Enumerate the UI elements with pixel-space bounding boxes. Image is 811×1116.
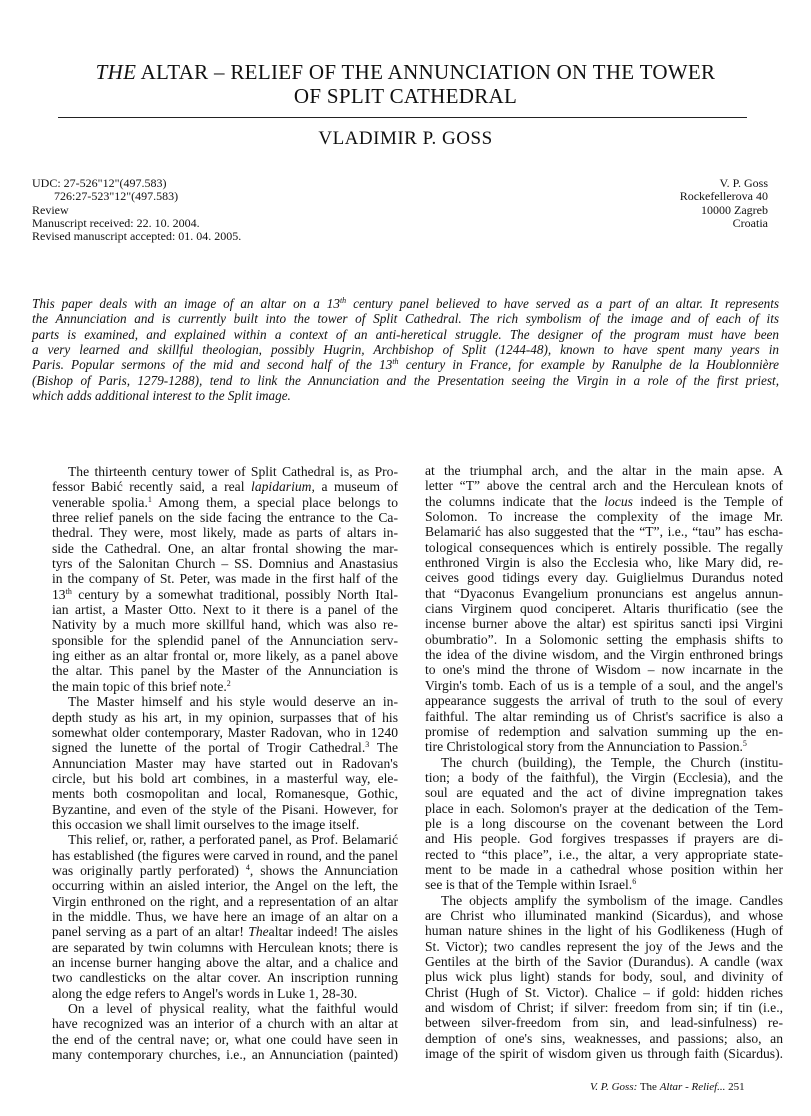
footnote-ref-6: 6 bbox=[632, 877, 636, 886]
title-italic-the: THE bbox=[96, 60, 137, 84]
body-line: faithful. The altar reminding us of Chri… bbox=[425, 709, 783, 724]
body-line: image of the spirit of wisdom given us t… bbox=[425, 1046, 783, 1061]
body-line: plus wick plus light) stands for body, s… bbox=[425, 969, 783, 984]
body-line: The church (building), the Temple, the C… bbox=[425, 755, 783, 770]
body-line: Annunciation Master may have started out… bbox=[52, 756, 398, 771]
body-line: Christ (Hugh of St. Victor). Chalice – i… bbox=[425, 985, 783, 1000]
body-line: side the Cathedral. One, an altar fronta… bbox=[52, 541, 398, 556]
body-line: ceives good tidings every day. Guiglielm… bbox=[425, 570, 783, 585]
body-line: ment to be made in a cathedral whose pos… bbox=[425, 862, 783, 877]
body-line: see is that of the Temple within Israel.… bbox=[425, 877, 783, 892]
body-line: The thirteenth century tower of Split Ca… bbox=[52, 464, 398, 479]
body-line: ing either as an altar frontal or, more … bbox=[52, 648, 398, 663]
body-line: On a level of physical reality, what the… bbox=[52, 1001, 398, 1016]
body-line: ian artist, a Master Otto. Next to it th… bbox=[52, 602, 398, 617]
body-line: to one's mind the throne of Wisdom – now… bbox=[425, 662, 783, 677]
body-line: tological consequences which is entirely… bbox=[425, 540, 783, 555]
body-line: This relief, or, rather, a perforated pa… bbox=[52, 832, 398, 847]
body-line: panel serving as a part of an altar! The… bbox=[52, 924, 398, 939]
body-line: this occasion we shall limit ourselves t… bbox=[52, 817, 398, 832]
abstract: This paper deals with an image of an alt… bbox=[32, 296, 779, 403]
body-line: depth study as his art, in my opinion, s… bbox=[52, 710, 398, 725]
body-line: thedral. They were, most likely, made as… bbox=[52, 525, 398, 540]
abstract-line: (Bishop of Paris, 1279-1288), tend to li… bbox=[32, 373, 779, 388]
article-type: Review bbox=[32, 204, 241, 217]
footnote-ref-5: 5 bbox=[743, 739, 747, 748]
body-line: tire Christological story from the Annun… bbox=[425, 739, 783, 754]
body-line: and wisdom of Christ; if silver: freedom… bbox=[425, 1000, 783, 1015]
body-line: appearance suggests the arrival of truth… bbox=[425, 693, 783, 708]
body-line: Belamarić has also suggested that the “T… bbox=[425, 524, 783, 539]
body-line: Virgin's tomb. Each of us is a temple of… bbox=[425, 678, 783, 693]
title-rule bbox=[58, 117, 747, 118]
body-line: fessor Babić recently said, a real lapid… bbox=[52, 479, 398, 494]
title-line-2: OF SPLIT CATHEDRAL bbox=[40, 84, 771, 108]
body-line: between silver-freedom from sin, and lea… bbox=[425, 1015, 783, 1030]
body-line: cians Virginem quod conciperet. Altaris … bbox=[425, 601, 783, 616]
body-line: ple is a long discourse on the covenant … bbox=[425, 816, 783, 831]
abstract-line: Paris. Popular sermons of the mid and se… bbox=[32, 357, 779, 372]
footer-title-relief: Relief... bbox=[691, 1081, 725, 1093]
accepted-date: Revised manuscript accepted: 01. 04. 200… bbox=[32, 230, 241, 243]
footnote-ref-2: 2 bbox=[227, 679, 231, 688]
udc-code-1: UDC: 27-526"12"(497.583) bbox=[32, 177, 241, 190]
abstract-line: This paper deals with an image of an alt… bbox=[32, 296, 779, 311]
received-date: Manuscript received: 22. 10. 2004. bbox=[32, 217, 241, 230]
author-name: VLADIMIR P. GOSS bbox=[40, 128, 771, 150]
body-line: an incense burner hanging above the alta… bbox=[52, 955, 398, 970]
body-line: somewhat older contemporary, Master Rado… bbox=[52, 725, 398, 740]
body-line: the end of the central nave; or, what on… bbox=[52, 1032, 398, 1047]
abstract-line: parts is examined, and explained within … bbox=[32, 327, 779, 342]
author-address: V. P. Goss Rockefellerova 40 10000 Zagre… bbox=[680, 177, 768, 230]
body-line: The Master himself and his style would d… bbox=[52, 694, 398, 709]
body-line: the altar. This panel by the Master of t… bbox=[52, 663, 398, 678]
body-line: three relief panels on the side facing t… bbox=[52, 510, 398, 525]
body-line: has established (the figures were carved… bbox=[52, 848, 398, 863]
body-column-left: The thirteenth century tower of Split Ca… bbox=[52, 464, 398, 1062]
body-line: human nature shines in the light of his … bbox=[425, 923, 783, 938]
abstract-line: which adds additional interest to the Sp… bbox=[32, 388, 779, 403]
body-line: are Christ who illuminated mankind (Sica… bbox=[425, 908, 783, 923]
address-name: V. P. Goss bbox=[680, 177, 768, 190]
body-line: two candlesticks on the altar cover. An … bbox=[52, 970, 398, 985]
article-metadata: UDC: 27-526"12"(497.583) 726:27-523"12"(… bbox=[32, 177, 241, 243]
page-number: 251 bbox=[725, 1081, 744, 1093]
body-line: that “Dyaconus Evangelium pronuncians es… bbox=[425, 586, 783, 601]
abstract-line: a very learned and skillful theologian, … bbox=[32, 342, 779, 357]
address-street: Rockefellerova 40 bbox=[680, 190, 768, 203]
body-line: the columns indicate that the locus inde… bbox=[425, 494, 783, 509]
body-line: soul are equated and the act of divine i… bbox=[425, 785, 783, 800]
body-line: demption of one's sins, weaknesses, and … bbox=[425, 1031, 783, 1046]
body-line: tyrs of the Salonitan Church – SS. Domni… bbox=[52, 556, 398, 571]
body-line: at the triumphal arch, and the altar in … bbox=[425, 463, 783, 478]
body-line: obumbratio”. In a Solomonic setting the … bbox=[425, 632, 783, 647]
body-line: venerable spolia.1 Among them, a special… bbox=[52, 495, 398, 510]
address-city: 10000 Zagreb bbox=[680, 204, 768, 217]
body-line: St. Victor); two candles represent the j… bbox=[425, 939, 783, 954]
body-line: circle, but his bold art combines, in a … bbox=[52, 771, 398, 786]
body-line: Virgin enthroned on the right, and a rep… bbox=[52, 894, 398, 909]
footer-title-altar: Altar bbox=[660, 1081, 683, 1093]
body-line: 13th century by a somewhat traditional, … bbox=[52, 587, 398, 602]
body-line: have recognized was an interior of a chu… bbox=[52, 1016, 398, 1031]
title-line-1: THE ALTAR – RELIEF OF THE ANNUNCIATION O… bbox=[40, 60, 771, 84]
body-line: the main topic of this brief note.2 bbox=[52, 679, 398, 694]
body-line: promise of redemption and salvation summ… bbox=[425, 724, 783, 739]
body-line: incense burner above the altar) est spir… bbox=[425, 616, 783, 631]
body-line: ments both cosmopolitan and local, Roman… bbox=[52, 786, 398, 801]
body-line: signed the lunette of the portal of Trog… bbox=[52, 740, 398, 755]
body-line: enthroned Virgin is also the Ecclesia wh… bbox=[425, 555, 783, 570]
body-line: rected to “this place”, i.e., the altar,… bbox=[425, 847, 783, 862]
article-title: THE ALTAR – RELIEF OF THE ANNUNCIATION O… bbox=[40, 60, 771, 108]
udc-code-2: 726:27-523"12"(497.583) bbox=[32, 190, 241, 203]
body-line: Nativity by a much more skillful hand, w… bbox=[52, 617, 398, 632]
body-line: are separated by twin columns with Hercu… bbox=[52, 940, 398, 955]
body-line: Solomon. To increase the complexity of t… bbox=[425, 509, 783, 524]
abstract-line: the Annunciation and is currently built … bbox=[32, 311, 779, 326]
body-line: Byzantine, and even of the style of the … bbox=[52, 802, 398, 817]
address-country: Croatia bbox=[680, 217, 768, 230]
body-line: in the middle. Thus, we have here an ima… bbox=[52, 909, 398, 924]
body-line: place in each. Solomon's prayer at the d… bbox=[425, 801, 783, 816]
body-line: in the company of St. Peter, was made in… bbox=[52, 571, 398, 586]
body-line: The objects amplify the symbolism of the… bbox=[425, 893, 783, 908]
body-line: Gentiles at the birth of the Savior (Dur… bbox=[425, 954, 783, 969]
body-column-right: at the triumphal arch, and the altar in … bbox=[425, 463, 783, 1061]
running-footer: V. P. Goss: The Altar - Relief... 251 bbox=[590, 1081, 745, 1093]
body-line: letter “T” above the central arch and th… bbox=[425, 478, 783, 493]
body-line: sponsible for the splendid panel of the … bbox=[52, 633, 398, 648]
body-line: occurring within an aisled interior, the… bbox=[52, 878, 398, 893]
body-line: along the edge refers to Angel's words i… bbox=[52, 986, 398, 1001]
body-line: was originally partly perforated) 4, sho… bbox=[52, 863, 398, 878]
body-line: the idea of the divine wisdom, and the V… bbox=[425, 647, 783, 662]
body-line: tion; a body of the faithful), the Virgi… bbox=[425, 770, 783, 785]
body-line: and His people. God forgives trespasses … bbox=[425, 831, 783, 846]
body-line: many contemporary churches, i.e., an Ann… bbox=[52, 1047, 398, 1062]
footer-author: V. P. Goss: bbox=[590, 1081, 637, 1093]
